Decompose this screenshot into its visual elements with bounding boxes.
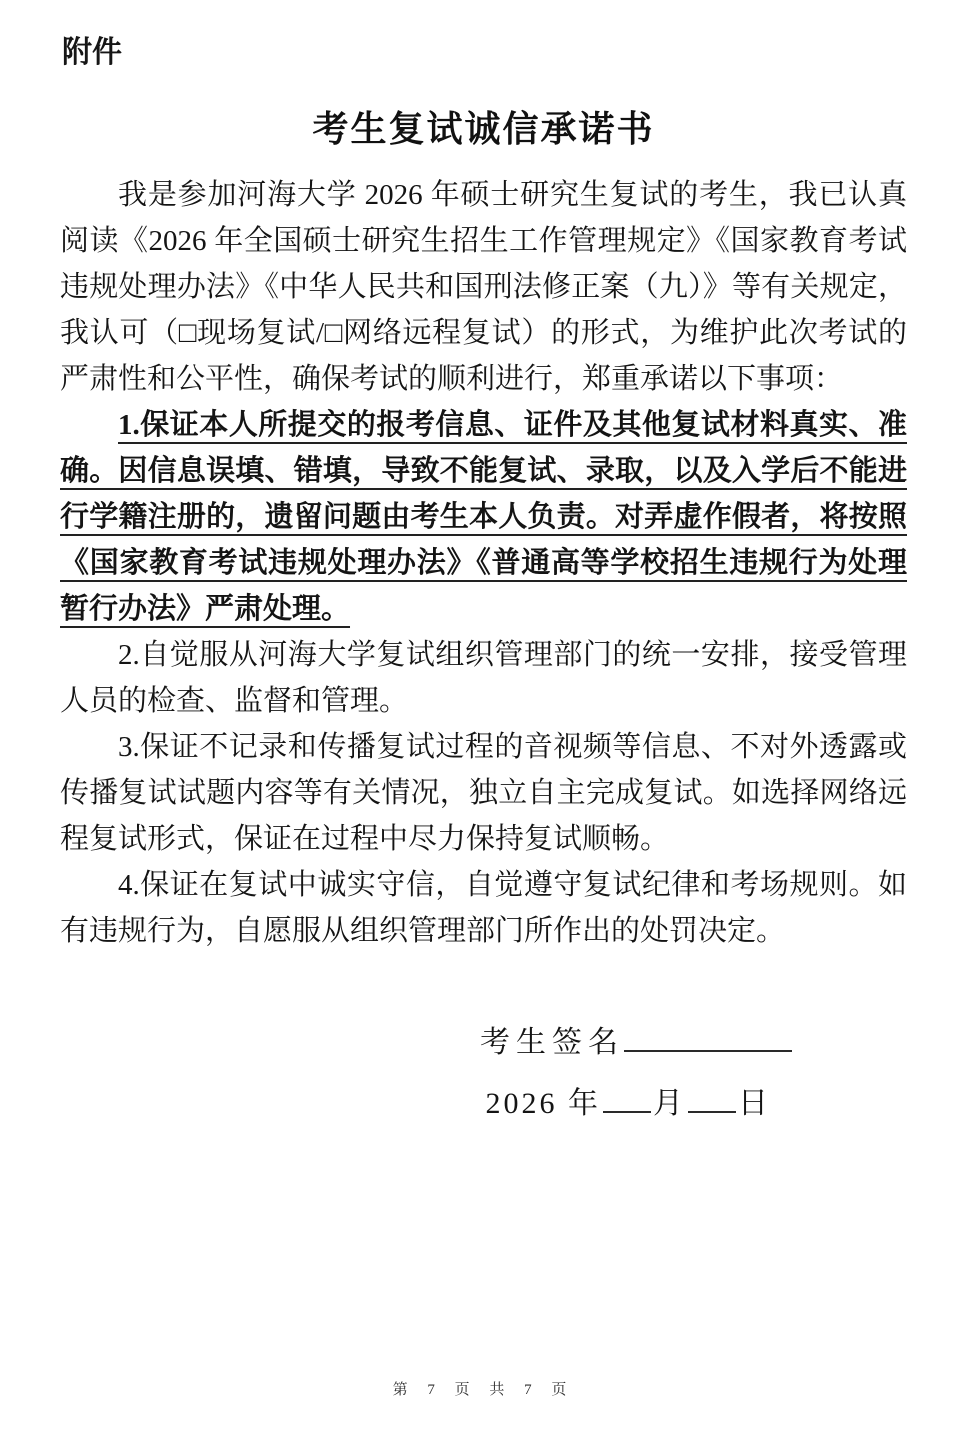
document-page: 附件 考生复试诚信承诺书 我是参加河海大学 2026 年硕士研究生复试的考生，我… <box>0 0 967 1453</box>
date-day-label: 日 <box>738 1087 771 1120</box>
commitment-item-1: 1.保证本人所提交的报考信息、证件及其他复试材料真实、准确。因信息误填、错填，导… <box>60 402 907 632</box>
document-body: 我是参加河海大学 2026 年硕士研究生复试的考生，我已认真阅读《2026 年全… <box>60 172 907 954</box>
commitment-item-4: 4.保证在复试中诚实守信，自觉遵守复试纪律和考场规则。如有违规行为，自愿服从组织… <box>60 862 907 954</box>
date-day-blank <box>688 1079 736 1113</box>
date-month-label: 月 <box>653 1087 686 1120</box>
signature-blank-line <box>624 1018 792 1052</box>
signature-row: 考生签名 <box>0 1018 967 1067</box>
signature-label: 考生签名 <box>480 1026 624 1059</box>
commitment-item-3: 3.保证不记录和传播复试过程的音视频等信息、不对外透露或传播复试试题内容等有关情… <box>60 724 907 862</box>
date-row: 2026 年月日 <box>0 1079 967 1128</box>
intro-paragraph: 我是参加河海大学 2026 年硕士研究生复试的考生，我已认真阅读《2026 年全… <box>60 172 907 402</box>
document-title: 考生复试诚信承诺书 <box>0 108 967 150</box>
date-year-label: 2026 年 <box>486 1087 602 1120</box>
page-number: 第 7 页 共 7 页 <box>0 1378 967 1399</box>
date-month-blank <box>603 1079 651 1113</box>
attachment-label: 附件 <box>62 0 967 72</box>
commitment-item-2: 2.自觉服从河海大学复试组织管理部门的统一安排，接受管理人员的检查、监督和管理。 <box>60 632 907 724</box>
